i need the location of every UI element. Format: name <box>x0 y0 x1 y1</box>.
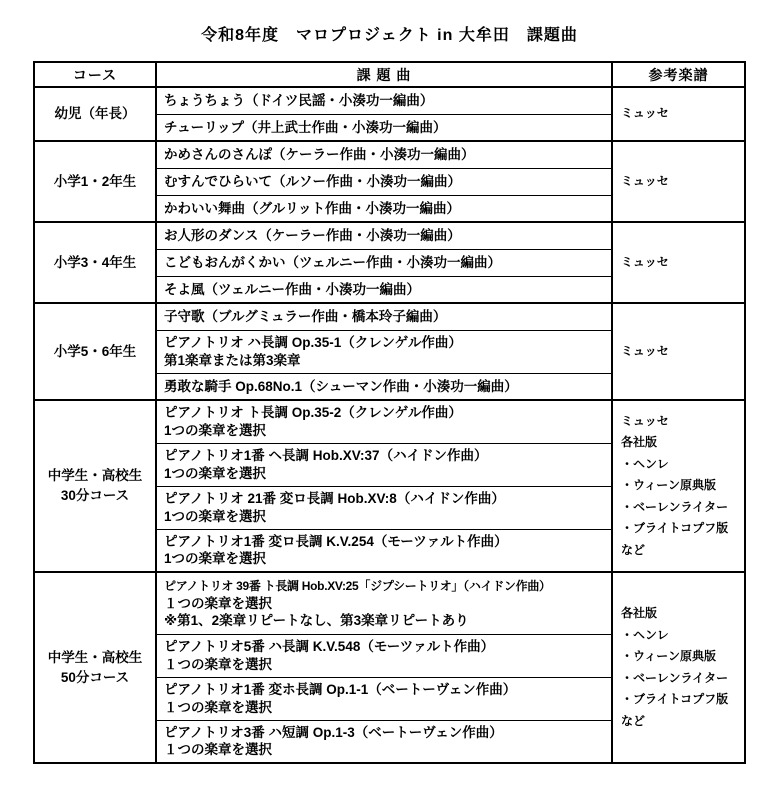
table-row: 中学生・高校生30分コースピアノトリオ ト長調 Op.35-2（クレンゲル作曲）… <box>34 400 745 443</box>
piece-cell: かめさんのさんぽ（ケーラー作曲・小湊功一編曲） <box>156 141 612 168</box>
piece-title: かわいい舞曲（グルリット作曲・小湊功一編曲） <box>164 200 605 218</box>
course-label: 小学5・6年生 <box>37 342 153 362</box>
reference-item: ミュッセ <box>621 171 740 193</box>
course-label: 小学3・4年生 <box>37 253 153 273</box>
reference-item: ・ベーレンライター <box>621 497 740 519</box>
reference-cell: ミュッセ <box>612 303 745 400</box>
course-label: 小学1・2年生 <box>37 172 153 192</box>
reference-cell: ミュッセ <box>612 87 745 141</box>
piece-title: チューリップ（井上武士作曲・小湊功一編曲） <box>164 119 605 137</box>
reference-item: ・ウィーン原典版 <box>621 646 740 668</box>
piece-cell: ピアノトリオ ハ長調 Op.35-1（クレンゲル作曲）第1楽章または第3楽章 <box>156 330 612 373</box>
piece-note: 1つの楽章を選択 <box>164 465 605 483</box>
reference-item: ・ヘンレ <box>621 454 740 476</box>
kadaikyoku-table: コース 課 題 曲 参考楽譜 幼児（年長）ちょうちょう（ドイツ民謡・小湊功一編曲… <box>33 61 746 764</box>
reference-cell: ミュッセ <box>612 141 745 222</box>
piece-cell: ピアノトリオ5番 ハ長調 K.V.548（モーツァルト作曲）１つの楽章を選択 <box>156 634 612 677</box>
reference-item: ミュッセ <box>621 411 740 433</box>
piece-note: １つの楽章を選択 <box>164 741 605 759</box>
reference-item: ・ブライトコプフ版 <box>621 518 740 540</box>
piece-cell: チューリップ（井上武士作曲・小湊功一編曲） <box>156 114 612 141</box>
header-course: コース <box>34 62 156 87</box>
course-cell: 中学生・高校生50分コース <box>34 572 156 763</box>
piece-title: ピアノトリオ ト長調 Op.35-2（クレンゲル作曲） <box>164 404 605 422</box>
piece-note: １つの楽章を選択 <box>164 595 605 613</box>
piece-note: 第1楽章または第3楽章 <box>164 352 605 370</box>
reference-item: ・ウィーン原典版 <box>621 475 740 497</box>
table-row: 小学5・6年生子守歌（ブルグミュラー作曲・橋本玲子編曲）ミュッセ <box>34 303 745 330</box>
header-pieces: 課 題 曲 <box>156 62 612 87</box>
table-row: 中学生・高校生50分コースピアノトリオ 39番 ト長調 Hob.XV:25「ジプ… <box>34 572 745 634</box>
piece-cell: ちょうちょう（ドイツ民謡・小湊功一編曲） <box>156 87 612 114</box>
document-page: 令和8年度 マロプロジェクト in 大牟田 課題曲 コース 課 題 曲 参考楽譜… <box>0 0 779 802</box>
piece-note: ※第1、2楽章リピートなし、第3楽章リピートあり <box>164 612 605 630</box>
piece-title: ピアノトリオ 39番 ト長調 Hob.XV:25「ジプシートリオ」（ハイドン作曲… <box>164 577 605 595</box>
course-cell: 小学1・2年生 <box>34 141 156 222</box>
piece-title: ピアノトリオ1番 ヘ長調 Hob.XV:37（ハイドン作曲） <box>164 447 605 465</box>
reference-item: 各社版 <box>621 603 740 625</box>
course-label: 30分コース <box>37 486 153 506</box>
course-cell: 小学5・6年生 <box>34 303 156 400</box>
piece-cell: かわいい舞曲（グルリット作曲・小湊功一編曲） <box>156 195 612 222</box>
piece-cell: ピアノトリオ1番 ヘ長調 Hob.XV:37（ハイドン作曲）1つの楽章を選択 <box>156 443 612 486</box>
piece-cell: ピアノトリオ3番 ハ短調 Op.1-3（ベートーヴェン作曲）１つの楽章を選択 <box>156 720 612 763</box>
piece-cell: こどもおんがくかい（ツェルニー作曲・小湊功一編曲） <box>156 249 612 276</box>
course-label: 幼児（年長） <box>37 104 153 124</box>
table-row: 小学3・4年生お人形のダンス（ケーラー作曲・小湊功一編曲）ミュッセ <box>34 222 745 249</box>
course-cell: 小学3・4年生 <box>34 222 156 303</box>
reference-item: ミュッセ <box>621 252 740 274</box>
course-cell: 幼児（年長） <box>34 87 156 141</box>
piece-note: 1つの楽章を選択 <box>164 550 605 568</box>
course-label: 50分コース <box>37 668 153 688</box>
piece-title: そよ風（ツェルニー作曲・小湊功一編曲） <box>164 281 605 299</box>
piece-note: １つの楽章を選択 <box>164 656 605 674</box>
piece-cell: ピアノトリオ 21番 変ロ長調 Hob.XV:8（ハイドン作曲）1つの楽章を選択 <box>156 486 612 529</box>
piece-note: 1つの楽章を選択 <box>164 422 605 440</box>
piece-title: ピアノトリオ ハ長調 Op.35-1（クレンゲル作曲） <box>164 334 605 352</box>
piece-cell: 勇敢な騎手 Op.68No.1（シューマン作曲・小湊功一編曲） <box>156 373 612 400</box>
piece-title: ピアノトリオ5番 ハ長調 K.V.548（モーツァルト作曲） <box>164 638 605 656</box>
table-row: 幼児（年長）ちょうちょう（ドイツ民謡・小湊功一編曲）ミュッセ <box>34 87 745 114</box>
piece-cell: ピアノトリオ ト長調 Op.35-2（クレンゲル作曲）1つの楽章を選択 <box>156 400 612 443</box>
piece-title: かめさんのさんぽ（ケーラー作曲・小湊功一編曲） <box>164 146 605 164</box>
piece-cell: むすんでひらいて（ルソー作曲・小湊功一編曲） <box>156 168 612 195</box>
reference-item: ・ベーレンライター <box>621 668 740 690</box>
reference-item: など <box>621 540 740 562</box>
table-row: 小学1・2年生かめさんのさんぽ（ケーラー作曲・小湊功一編曲）ミュッセ <box>34 141 745 168</box>
piece-title: ピアノトリオ1番 変ホ長調 Op.1-1（ベートーヴェン作曲） <box>164 681 605 699</box>
piece-title: 勇敢な騎手 Op.68No.1（シューマン作曲・小湊功一編曲） <box>164 378 605 396</box>
piece-title: むすんでひらいて（ルソー作曲・小湊功一編曲） <box>164 173 605 191</box>
course-cell: 中学生・高校生30分コース <box>34 400 156 572</box>
piece-note: １つの楽章を選択 <box>164 699 605 717</box>
piece-cell: ピアノトリオ1番 変ホ長調 Op.1-1（ベートーヴェン作曲）１つの楽章を選択 <box>156 677 612 720</box>
reference-item: など <box>621 711 740 733</box>
course-label: 中学生・高校生 <box>37 648 153 668</box>
reference-item: 各社版 <box>621 432 740 454</box>
reference-cell: 各社版・ヘンレ・ウィーン原典版・ベーレンライター・ブライトコプフ版など <box>612 572 745 763</box>
reference-cell: ミュッセ <box>612 222 745 303</box>
piece-note: 1つの楽章を選択 <box>164 508 605 526</box>
piece-title: ピアノトリオ 21番 変ロ長調 Hob.XV:8（ハイドン作曲） <box>164 490 605 508</box>
piece-cell: そよ風（ツェルニー作曲・小湊功一編曲） <box>156 276 612 303</box>
page-title: 令和8年度 マロプロジェクト in 大牟田 課題曲 <box>0 0 779 61</box>
header-row: コース 課 題 曲 参考楽譜 <box>34 62 745 87</box>
piece-cell: お人形のダンス（ケーラー作曲・小湊功一編曲） <box>156 222 612 249</box>
reference-item: ・ブライトコプフ版 <box>621 689 740 711</box>
piece-title: お人形のダンス（ケーラー作曲・小湊功一編曲） <box>164 227 605 245</box>
piece-title: こどもおんがくかい（ツェルニー作曲・小湊功一編曲） <box>164 254 605 272</box>
reference-item: ミュッセ <box>621 103 740 125</box>
piece-title: ちょうちょう（ドイツ民謡・小湊功一編曲） <box>164 92 605 110</box>
piece-cell: ピアノトリオ1番 変ロ長調 K.V.254（モーツァルト作曲）1つの楽章を選択 <box>156 529 612 572</box>
piece-cell: ピアノトリオ 39番 ト長調 Hob.XV:25「ジプシートリオ」（ハイドン作曲… <box>156 572 612 634</box>
header-reference: 参考楽譜 <box>612 62 745 87</box>
piece-title: 子守歌（ブルグミュラー作曲・橋本玲子編曲） <box>164 308 605 326</box>
piece-title: ピアノトリオ3番 ハ短調 Op.1-3（ベートーヴェン作曲） <box>164 724 605 742</box>
piece-title: ピアノトリオ1番 変ロ長調 K.V.254（モーツァルト作曲） <box>164 533 605 551</box>
reference-item: ミュッセ <box>621 341 740 363</box>
reference-item: ・ヘンレ <box>621 625 740 647</box>
reference-cell: ミュッセ各社版・ヘンレ・ウィーン原典版・ベーレンライター・ブライトコプフ版など <box>612 400 745 572</box>
course-label: 中学生・高校生 <box>37 466 153 486</box>
piece-cell: 子守歌（ブルグミュラー作曲・橋本玲子編曲） <box>156 303 612 330</box>
